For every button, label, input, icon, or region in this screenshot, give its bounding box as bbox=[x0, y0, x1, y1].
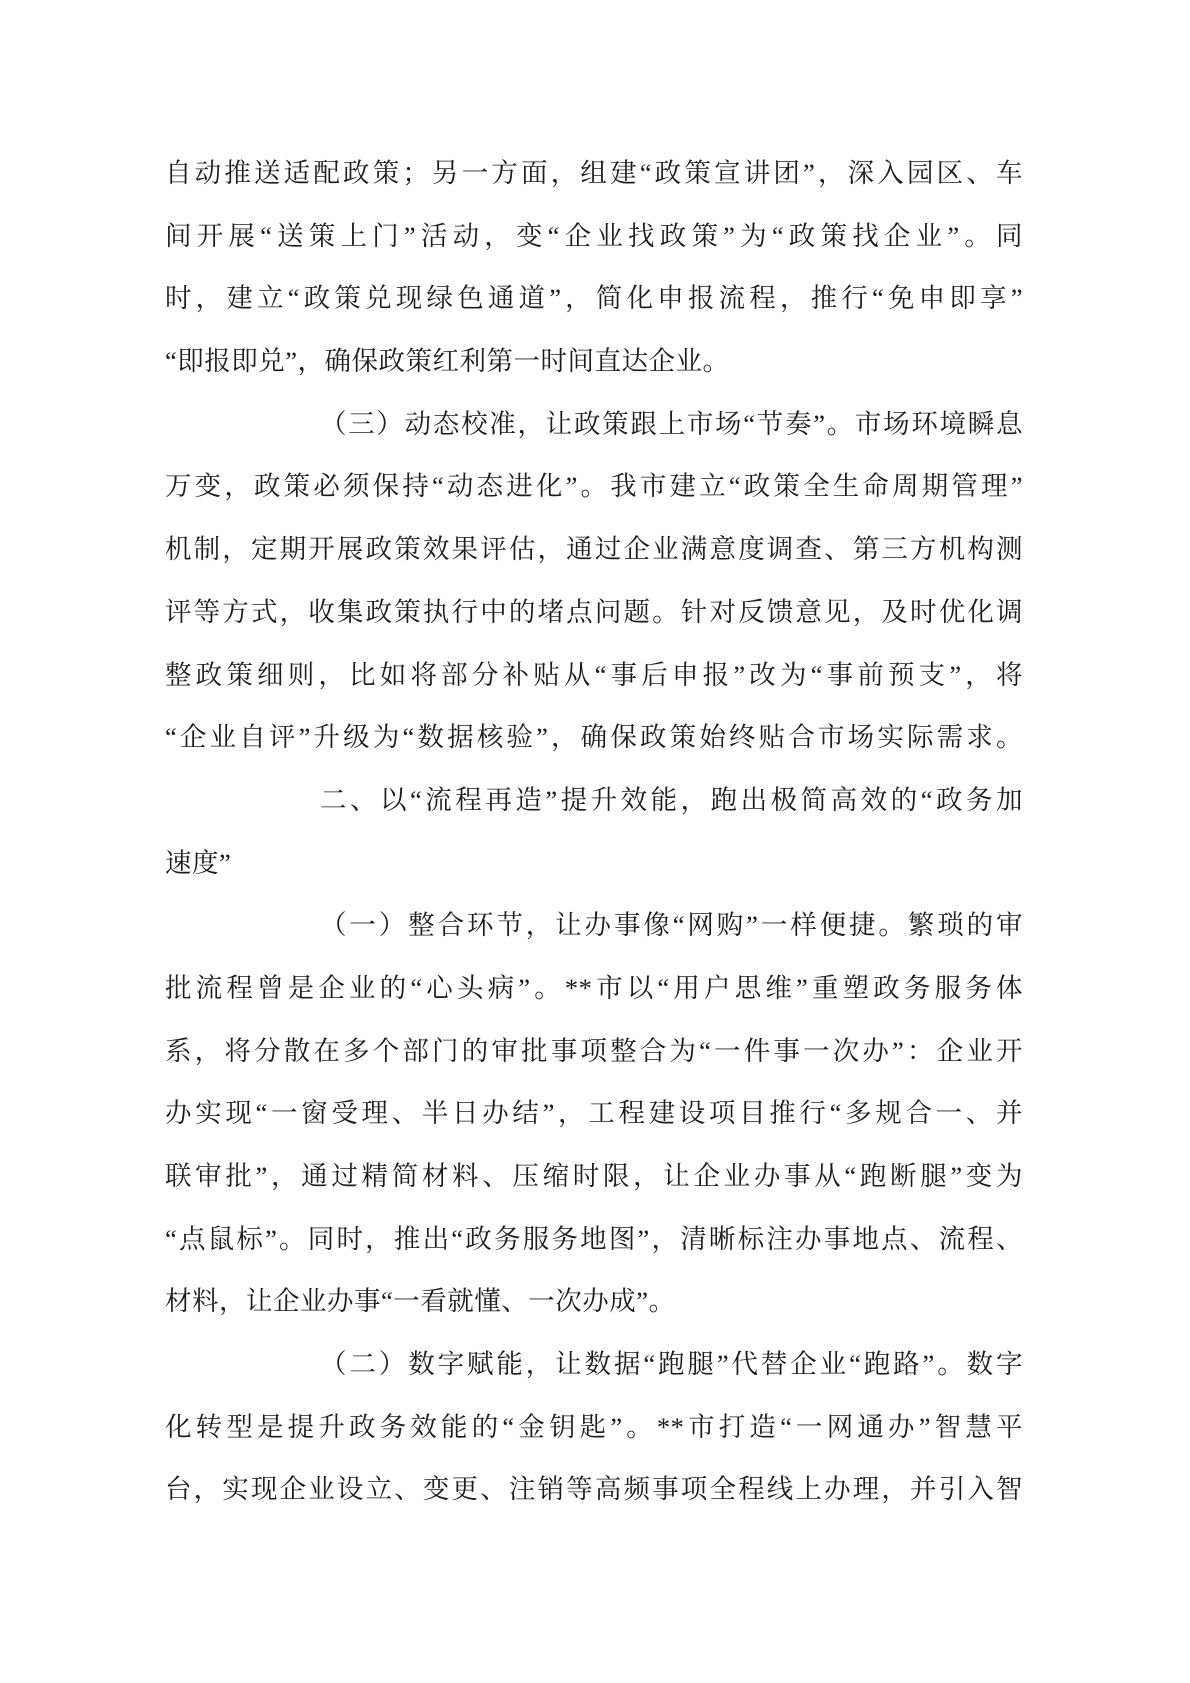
text-line: “企业自评”升级为“数据核验”，确保政策始终贴合市场实际需求。 bbox=[165, 706, 1023, 769]
text-line: 间开展“送策上门”活动，变“企业找政策”为“政策找企业”。同 bbox=[165, 205, 1023, 268]
document-body: 自动推送适配政策；另一方面，组建“政策宣讲团”，深入园区、车间开展“送策上门”活… bbox=[165, 142, 1023, 1521]
text-line: 化转型是提升政务效能的“金钥匙”。**市打造“一网通办”智慧平 bbox=[165, 1396, 1023, 1459]
text-line: 速度” bbox=[165, 832, 1023, 895]
text-line: “点鼠标”。同时，推出“政务服务地图”，清晰标注办事地点、流程、 bbox=[165, 1208, 1023, 1271]
text-line: 自动推送适配政策；另一方面，组建“政策宣讲团”，深入园区、车 bbox=[165, 142, 1023, 205]
text-line: 二、以“流程再造”提升效能，跑出极简高效的“政务加 bbox=[165, 769, 1023, 832]
text-line: 联审批”，通过精简材料、压缩时限，让企业办事从“跑断腿”变为 bbox=[165, 1145, 1023, 1208]
text-line: 材料，让企业办事“一看就懂、一次办成”。 bbox=[165, 1270, 1023, 1333]
text-line: 时，建立“政策兑现绿色通道”，简化申报流程，推行“免申即享” bbox=[165, 267, 1023, 330]
text-line: 系，将分散在多个部门的审批事项整合为“一件事一次办”：企业开 bbox=[165, 1020, 1023, 1083]
text-line: 批流程曾是企业的“心头病”。**市以“用户思维”重塑政务服务体 bbox=[165, 957, 1023, 1020]
text-line: （三）动态校准，让政策跟上市场“节奏”。市场环境瞬息 bbox=[165, 393, 1023, 456]
text-line: 台，实现企业设立、变更、注销等高频事项全程线上办理，并引入智 bbox=[165, 1458, 1023, 1521]
text-line: （一）整合环节，让办事像“网购”一样便捷。繁琐的审 bbox=[165, 894, 1023, 957]
document-page: 自动推送适配政策；另一方面，组建“政策宣讲团”，深入园区、车间开展“送策上门”活… bbox=[0, 0, 1190, 1683]
text-line: 机制，定期开展政策效果评估，通过企业满意度调查、第三方机构测 bbox=[165, 518, 1023, 581]
text-line: 万变，政策必须保持“动态进化”。我市建立“政策全生命周期管理” bbox=[165, 455, 1023, 518]
text-line: 评等方式，收集政策执行中的堵点问题。针对反馈意见，及时优化调 bbox=[165, 581, 1023, 644]
text-line: （二）数字赋能，让数据“跑腿”代替企业“跑路”。数字 bbox=[165, 1333, 1023, 1396]
text-line: 办实现“一窗受理、半日办结”，工程建设项目推行“多规合一、并 bbox=[165, 1082, 1023, 1145]
text-line: “即报即兑”，确保政策红利第一时间直达企业。 bbox=[165, 330, 1023, 393]
text-line: 整政策细则，比如将部分补贴从“事后申报”改为“事前预支”，将 bbox=[165, 644, 1023, 707]
